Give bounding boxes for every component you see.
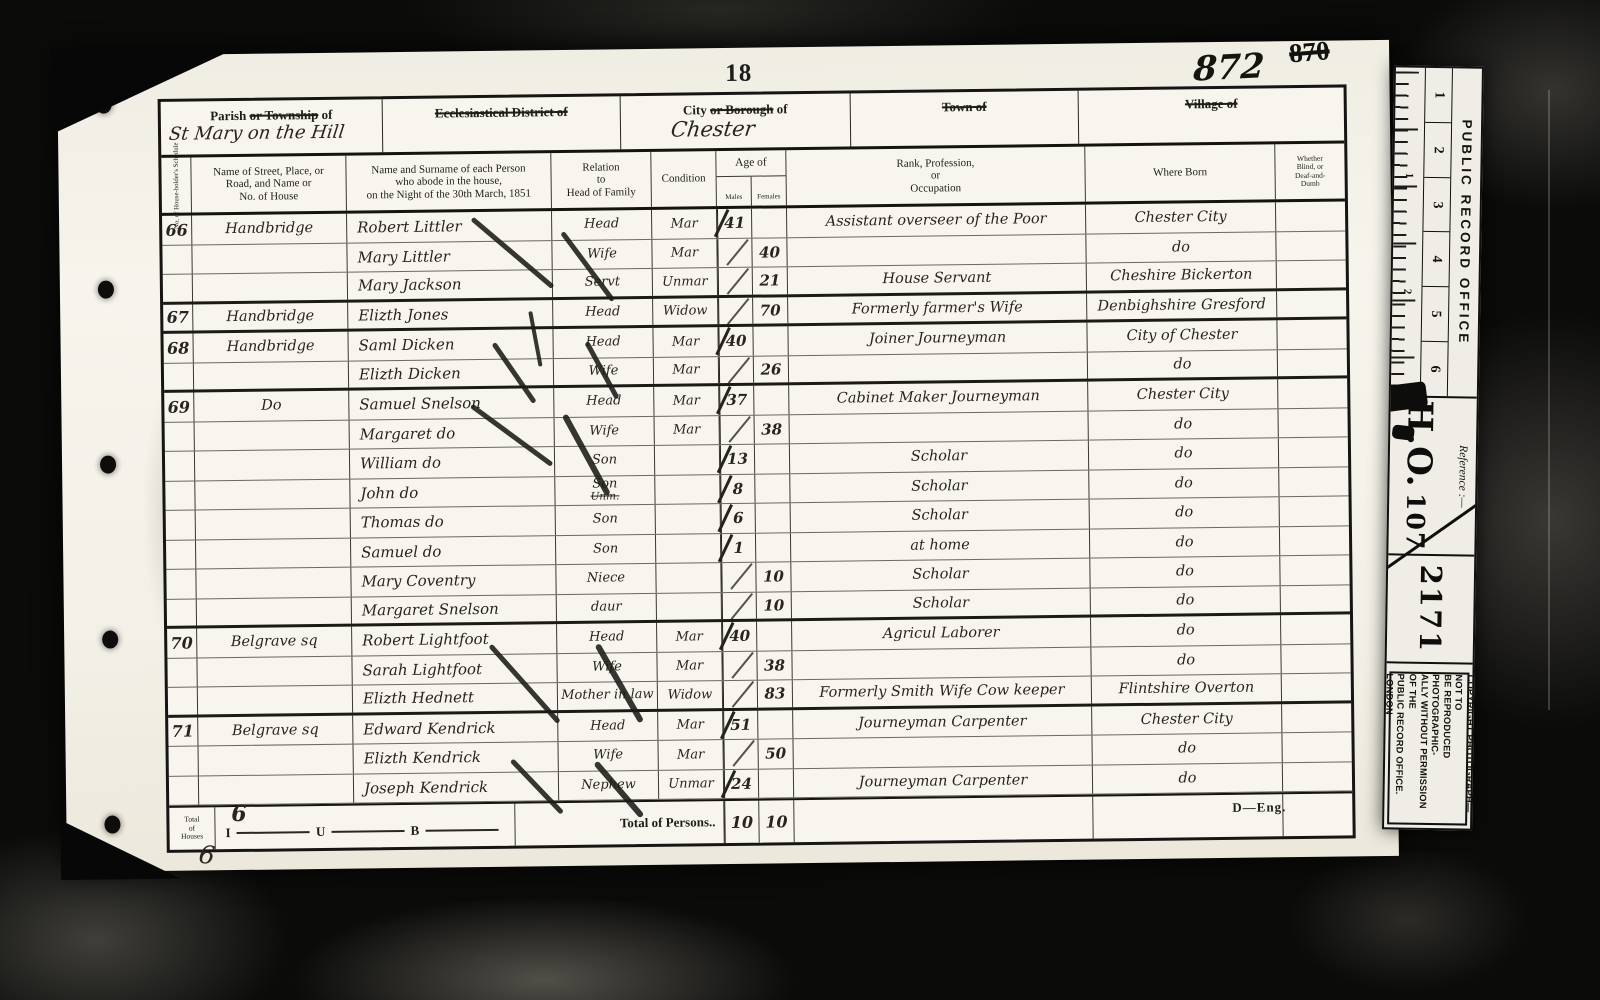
total-houses-value: 6 xyxy=(231,801,247,827)
punch-hole xyxy=(102,630,118,648)
occupation xyxy=(793,736,1092,768)
age-female xyxy=(754,385,789,414)
film-scratch xyxy=(1548,90,1550,710)
schedule-number xyxy=(165,422,195,451)
schedule-number xyxy=(169,746,199,775)
where-born: do xyxy=(1088,409,1278,440)
person-name: Elizth Kendrick xyxy=(353,742,558,773)
col-schedule: No. of House-holder's Schedule xyxy=(161,158,192,213)
age-female xyxy=(752,208,787,237)
totals-empty xyxy=(794,797,1093,843)
age-female xyxy=(757,621,792,650)
age-male: 8 xyxy=(720,474,755,503)
scanned-microfilm-photo: 18 872 870 Parish or Township of St Mary… xyxy=(0,0,1600,1000)
col-street: Name of Street, Place, orRoad, and Name … xyxy=(191,156,347,213)
schedule-number xyxy=(169,776,199,805)
punch-hole xyxy=(98,280,114,298)
condition: Mar xyxy=(652,239,717,268)
street-name xyxy=(192,243,347,273)
schedule-number xyxy=(164,363,194,390)
ecclesiastical-header: Ecclesiastical District of xyxy=(383,96,622,152)
age-female: 50 xyxy=(758,739,793,768)
relation-to-head: Head xyxy=(553,298,653,326)
occupation xyxy=(789,352,1088,382)
street-name xyxy=(199,774,354,804)
age-male: 51 xyxy=(723,710,758,739)
relation-to-head: Son xyxy=(556,505,656,535)
age-female: 38 xyxy=(755,415,790,444)
person-name: Margaret Snelson xyxy=(352,595,557,624)
ruler-number: 5 xyxy=(1427,311,1443,318)
blind-deaf-cell xyxy=(1278,349,1347,376)
street-name: Belgrave sq xyxy=(198,715,353,745)
condition: Widow xyxy=(653,298,718,325)
relation-to-head: Mother in law xyxy=(558,682,658,710)
person-name: Samuel Snelson xyxy=(349,388,554,419)
totals-empty xyxy=(1283,793,1353,836)
relation-to-head: Niece xyxy=(556,564,656,594)
city-value: Chester xyxy=(669,117,756,142)
age-female: 10 xyxy=(756,562,791,591)
col-condition: Condition xyxy=(651,151,717,207)
occupation xyxy=(790,411,1089,443)
relation-to-head: Head xyxy=(554,387,654,417)
schedule-number xyxy=(166,570,196,599)
person-name: Saml Dicken xyxy=(348,329,553,360)
relation-to-head: Head xyxy=(553,328,653,358)
person-name: Thomas do xyxy=(351,506,556,537)
person-name: Robert Littler xyxy=(347,211,552,242)
relation-to-head: Wife xyxy=(558,741,658,771)
street-name xyxy=(197,597,352,625)
ruler-number: 1 xyxy=(1430,91,1446,98)
where-born: do xyxy=(1091,615,1281,646)
col-age: Age of MalesFemales xyxy=(716,150,787,206)
person-name: Samuel do xyxy=(351,536,556,567)
street-name xyxy=(196,568,351,598)
condition: Mar xyxy=(655,416,720,445)
schedule-number: 66 xyxy=(162,216,192,245)
schedule-number xyxy=(163,275,193,302)
age-female: 40 xyxy=(752,238,787,267)
col-occupation: Rank, Profession,orOccupation xyxy=(786,147,1086,206)
age-female: 38 xyxy=(757,651,792,680)
blind-deaf-cell xyxy=(1277,319,1346,348)
folio-number-handwritten: 872 xyxy=(1192,46,1265,89)
blind-deaf-cell xyxy=(1281,585,1350,612)
condition: Unmar xyxy=(653,268,718,295)
schedule-number xyxy=(166,511,196,540)
piece-number: 2171 xyxy=(1413,564,1448,653)
col-age-males: Males xyxy=(717,177,752,206)
condition: Mar xyxy=(654,357,719,384)
ruler-number: 3 xyxy=(1429,201,1445,208)
occupation: Joiner Journeyman xyxy=(788,323,1087,355)
street-name xyxy=(193,273,348,301)
blind-deaf-cell xyxy=(1280,555,1349,584)
age-male: 6 xyxy=(721,504,756,533)
age-female xyxy=(753,326,788,355)
col-born: Where Born xyxy=(1085,144,1276,201)
age-female xyxy=(755,444,790,473)
age-male: 41 xyxy=(717,209,752,238)
occupation: House Servant xyxy=(788,264,1087,294)
where-born: Denbighshire Gresford xyxy=(1087,291,1277,320)
piece-number-section: 2171 xyxy=(1387,555,1475,664)
blind-deaf-cell xyxy=(1278,378,1347,407)
occupation: Journeyman Carpenter xyxy=(794,765,1093,797)
occupation: Agricul Laborer xyxy=(792,618,1091,650)
where-born: Flintshire Overton xyxy=(1092,674,1282,703)
census-table: Parish or Township of St Mary on the Hil… xyxy=(158,84,1356,852)
folio-number-struck: 870 xyxy=(1288,35,1331,69)
street-name xyxy=(196,538,351,568)
reference-series-number: H.O. 107 xyxy=(1397,400,1439,552)
relation-to-head: Son xyxy=(555,446,655,476)
occupation: Scholar xyxy=(791,500,1090,532)
where-born: do xyxy=(1092,733,1282,764)
condition: Unmar xyxy=(659,770,724,799)
col-age-females: Females xyxy=(752,176,786,205)
city-header: City or Borough of Chester xyxy=(621,93,852,149)
street-name xyxy=(195,420,350,450)
blind-deaf-cell xyxy=(1277,290,1346,317)
age-female xyxy=(759,769,794,798)
condition: Mar xyxy=(658,711,723,740)
age-male: 40 xyxy=(718,327,753,356)
schedule-number xyxy=(165,481,195,510)
relation-to-head: Son xyxy=(556,534,656,564)
occupation: Scholar xyxy=(791,559,1090,591)
condition: Mar xyxy=(658,740,723,769)
occupation xyxy=(792,647,1091,679)
person-name: Mary Jackson xyxy=(348,270,553,299)
ruler-section: 1 2 1 2 3 4 5 6 PUBLIC RECORD OFFICE xyxy=(1391,67,1482,398)
street-name: Handbridge xyxy=(192,214,347,244)
where-born: Chester City xyxy=(1086,202,1276,233)
where-born: do xyxy=(1091,645,1281,676)
blind-deaf-cell xyxy=(1280,496,1349,525)
condition: Mar xyxy=(653,327,718,356)
parish-header: Parish or Township of St Mary on the Hil… xyxy=(161,99,384,155)
blind-deaf-cell xyxy=(1281,614,1350,643)
schedule-number xyxy=(168,687,198,714)
occupation: Journeyman Carpenter xyxy=(793,706,1092,738)
age-male: 37 xyxy=(719,386,754,415)
punch-hole xyxy=(100,455,116,473)
total-persons-males: 10 xyxy=(724,801,760,843)
blind-deaf-cell xyxy=(1276,201,1345,230)
blind-deaf-cell xyxy=(1282,732,1351,761)
blind-deaf-cell xyxy=(1277,260,1346,287)
total-persons-females: 10 xyxy=(759,800,795,842)
schedule-number: 69 xyxy=(164,393,194,422)
blind-deaf-cell xyxy=(1280,526,1349,555)
age-female xyxy=(756,503,791,532)
relation-to-head: daur xyxy=(557,593,657,621)
where-born: Chester City xyxy=(1088,379,1278,410)
where-born: do xyxy=(1091,586,1281,615)
occupation: Formerly farmer's Wife xyxy=(788,293,1087,323)
street-name xyxy=(195,479,350,509)
ruler-inch-number: 1 xyxy=(1403,173,1415,179)
pro-title: PUBLIC RECORD OFFICE xyxy=(1456,119,1475,345)
condition xyxy=(656,534,721,563)
where-born: do xyxy=(1086,232,1276,263)
street-name xyxy=(199,745,354,775)
condition: Mar xyxy=(657,622,722,651)
person-name: Edward Kendrick xyxy=(353,713,558,744)
street-name: Handbridge xyxy=(193,332,348,362)
age-male: 24 xyxy=(724,769,759,798)
age-female: 83 xyxy=(758,680,793,707)
occupation: Cabinet Maker Journeyman xyxy=(789,382,1088,414)
schedule-number: 67 xyxy=(163,304,193,331)
parish-value: St Mary on the Hill xyxy=(168,122,346,145)
person-name: Mary Littler xyxy=(347,241,552,272)
condition xyxy=(655,445,720,474)
where-born: City of Chester xyxy=(1087,320,1277,351)
where-born: do xyxy=(1090,556,1280,587)
where-born: do xyxy=(1090,497,1280,528)
condition: Mar xyxy=(657,652,722,681)
condition xyxy=(655,475,720,504)
age-male: 13 xyxy=(720,445,755,474)
schedule-number xyxy=(165,452,195,481)
page-number: 18 xyxy=(725,60,752,88)
street-name: Belgrave sq xyxy=(197,627,352,657)
printer-mark: D—Eng. xyxy=(1232,799,1286,816)
occupation: Formerly Smith Wife Cow keeper xyxy=(793,677,1092,707)
schedule-number: 68 xyxy=(163,334,193,363)
pro-reference-card: 1 2 1 2 3 4 5 6 PUBLIC RECORD OFFICE H.O… xyxy=(1382,65,1484,830)
age-female: 70 xyxy=(753,297,788,324)
condition: Mar xyxy=(652,209,717,238)
schedule-number: 71 xyxy=(168,717,198,746)
condition xyxy=(656,504,721,533)
street-name: Do xyxy=(194,391,349,421)
copyright-box: COPYRIGHT PHOTOGRAPH—NOT TO BE REPRODUCE… xyxy=(1387,671,1469,825)
relation-to-head: Head xyxy=(557,623,657,653)
where-born: do xyxy=(1089,468,1279,499)
where-born: do xyxy=(1090,527,1280,558)
blind-deaf-cell xyxy=(1279,467,1348,496)
person-name: Mary Coventry xyxy=(351,565,556,596)
where-born: do xyxy=(1088,350,1278,379)
corner-shadow xyxy=(60,819,181,880)
age-female xyxy=(758,710,793,739)
street-name xyxy=(197,656,352,686)
punch-hole xyxy=(104,815,120,833)
total-persons-label: Total of Persons.. xyxy=(515,801,724,846)
blind-deaf-cell xyxy=(1283,762,1352,791)
census-page: 18 872 870 Parish or Township of St Mary… xyxy=(57,40,1399,872)
age-male: 1 xyxy=(721,533,756,562)
blind-deaf-cell xyxy=(1282,673,1351,700)
street-name: Handbridge xyxy=(193,302,348,330)
person-name: Robert Lightfoot xyxy=(352,624,557,655)
condition: Widow xyxy=(658,681,723,708)
ruler-number: 2 xyxy=(1430,146,1446,153)
relation-to-head: Head xyxy=(558,711,658,741)
person-name: John do xyxy=(350,477,555,508)
occupation: Scholar xyxy=(790,441,1089,473)
blind-deaf-cell xyxy=(1279,437,1348,466)
condition xyxy=(657,593,722,620)
occupation: Scholar xyxy=(790,470,1089,502)
person-name: William do xyxy=(350,447,555,478)
condition xyxy=(656,563,721,592)
occupation xyxy=(787,234,1086,266)
ruler-number: 6 xyxy=(1426,365,1442,372)
town-header: Town of xyxy=(851,91,1080,147)
schedule-number xyxy=(167,599,197,626)
condition: Mar xyxy=(654,386,719,415)
ruler-inch-number: 2 xyxy=(1401,289,1413,295)
age-female: 10 xyxy=(757,592,792,619)
age-female: 21 xyxy=(753,267,788,294)
stray-handwritten-mark: 6 xyxy=(197,840,216,871)
age-male: 40 xyxy=(722,622,757,651)
age-male xyxy=(719,356,754,383)
person-name: Sarah Lightfoot xyxy=(352,654,557,685)
schedule-number xyxy=(162,245,192,274)
age-female xyxy=(756,533,791,562)
col-name: Name and Surname of each Personwho abode… xyxy=(346,153,552,211)
where-born: Chester City xyxy=(1092,704,1282,735)
col-relation: RelationtoHead of Family xyxy=(551,152,652,208)
copyright-text: COPYRIGHT PHOTOGRAPH—NOT TO BE REPRODUCE… xyxy=(1382,673,1476,824)
census-rows: 66HandbridgeRobert LittlerHeadMar41Assis… xyxy=(162,201,1352,805)
street-name xyxy=(195,450,350,480)
ruler-number: 4 xyxy=(1428,256,1444,263)
village-header: Village of xyxy=(1079,87,1345,143)
occupation: Assistant overseer of the Poor xyxy=(787,205,1086,237)
schedule-number: 70 xyxy=(167,628,197,657)
schedule-number xyxy=(167,658,197,687)
occupation: at home xyxy=(791,529,1090,561)
where-born: do xyxy=(1093,763,1283,794)
street-name xyxy=(194,361,349,389)
blind-deaf-cell xyxy=(1281,644,1350,673)
age-female xyxy=(755,474,790,503)
person-name: Elizth Jones xyxy=(348,300,553,329)
reference-label: Reference :— xyxy=(1456,445,1469,508)
where-born: do xyxy=(1089,438,1279,469)
age-female: 26 xyxy=(754,356,789,383)
total-houses-tally: 6 I U B xyxy=(215,804,515,850)
col-blind: WhetherBlind, orDeaf-and-Dumb xyxy=(1275,143,1345,199)
street-name xyxy=(196,509,351,539)
occupation: Scholar xyxy=(792,588,1091,618)
schedule-number xyxy=(166,540,196,569)
street-name xyxy=(198,686,353,714)
blind-deaf-cell xyxy=(1276,231,1345,260)
blind-deaf-cell xyxy=(1282,703,1351,732)
where-born: Cheshire Bickerton xyxy=(1087,261,1277,290)
blind-deaf-cell xyxy=(1278,408,1347,437)
